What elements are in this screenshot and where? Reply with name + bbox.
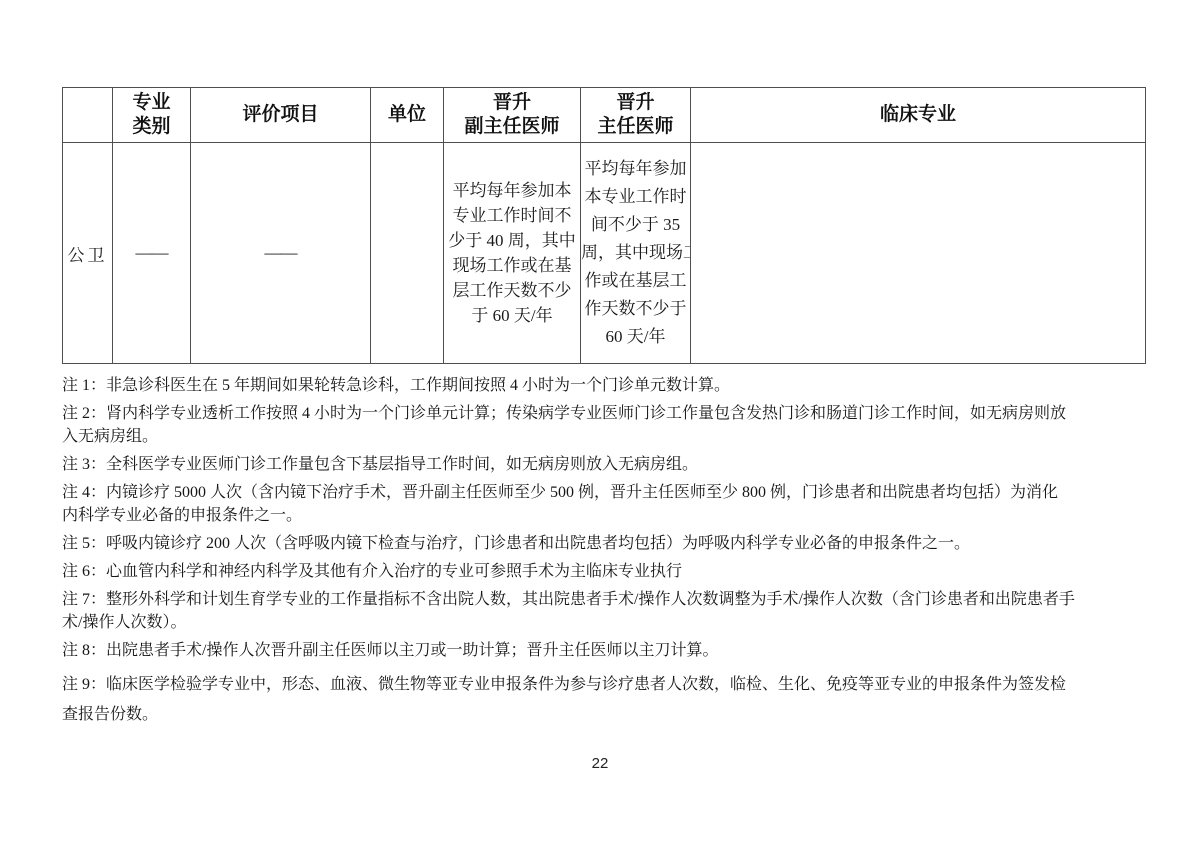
note-8: 注 8：出院患者手术/操作人次晋升副主任医师以主刀或一助计算；晋升主任医师以主刀… [62,639,1145,662]
cell-text-line: 平均每年参加 [581,155,690,183]
footnotes-section: 注 1：非急诊科医生在 5 年期间如果轮转急诊科，工作期间按照 4 小时为一个门… [62,374,1145,735]
note-3: 注 3：全科医学专业医师门诊工作量包含下基层指导工作时间，如无病房则放入无病房组… [62,453,1145,476]
cell-text-line: 平均每年参加本 [444,178,580,203]
note-text-line: 查报告份数。 [62,700,1145,730]
cell-text-line: 周，其中现场工 [581,239,690,267]
promotion-criteria-table: 专业 类别 评价项目 单位 晋升 副主任医师 晋升 主任医师 临床专业 公卫 —… [62,87,1146,364]
note-4: 注 4：内镜诊疗 5000 人次（含内镜下治疗手术，晋升副主任医师至少 500 … [62,481,1145,527]
note-text-line: 注 1：非急诊科医生在 5 年期间如果轮转急诊科，工作期间按照 4 小时为一个门… [62,374,1145,397]
note-text-line: 注 7：整形外科学和计划生育学专业的工作量指标不含出院人数，其出院患者手术/操作… [62,588,1145,611]
cell-text-line: 60 天/年 [581,323,690,351]
cell-text-line: 于 60 天/年 [444,303,580,328]
note-7: 注 7：整形外科学和计划生育学专业的工作量指标不含出院人数，其出院患者手术/操作… [62,588,1145,634]
header-cell-specialty-category: 专业 类别 [113,88,191,143]
header-cell-unit: 单位 [371,88,444,143]
note-text-line: 术/操作人次数）。 [62,611,1145,634]
header-line: 晋升 [444,91,580,115]
cell-unit-empty [371,143,444,364]
header-line: 副主任医师 [444,115,580,139]
cell-text-line: 层工作天数不少 [444,278,580,303]
cell-text-line: 现场工作或在基 [444,253,580,278]
header-cell-blank [63,88,113,143]
header-cell-evaluation-item: 评价项目 [191,88,371,143]
header-cell-promotion-deputy-chief: 晋升 副主任医师 [444,88,581,143]
cell-text-line: 专业工作时间不 [444,203,580,228]
note-6: 注 6：心血管内科学和神经内科学及其他有介入治疗的专业可参照手术为主临床专业执行 [62,560,1145,583]
note-text-line: 注 8：出院患者手术/操作人次晋升副主任医师以主刀或一助计算；晋升主任医师以主刀… [62,639,1145,662]
note-text-line: 入无病房组。 [62,425,1145,448]
document-page: 专业 类别 评价项目 单位 晋升 副主任医师 晋升 主任医师 临床专业 公卫 —… [0,0,1200,848]
note-text-line: 注 2：肾内科学专业透析工作按照 4 小时为一个门诊单元计算；传染病学专业医师门… [62,402,1145,425]
header-line: 晋升 [581,91,690,115]
header-cell-promotion-chief: 晋升 主任医师 [581,88,691,143]
page-number: 22 [0,755,1200,772]
cell-chief-requirement: 平均每年参加 本专业工作时 间不少于 35 周，其中现场工 作或在基层工 作天数… [581,143,691,364]
header-line: 专业 [113,91,190,115]
header-row: 专业 类别 评价项目 单位 晋升 副主任医师 晋升 主任医师 临床专业 [63,88,1146,143]
cell-clinical-empty [691,143,1146,364]
note-text-line: 注 9：临床医学检验学专业中，形态、血液、微生物等亚专业申报条件为参与诊疗患者人… [62,670,1145,700]
note-5: 注 5：呼吸内镜诊疗 200 人次（含呼吸内镜下检查与治疗，门诊患者和出院患者均… [62,532,1145,555]
note-9: 注 9：临床医学检验学专业中，形态、血液、微生物等亚专业申报条件为参与诊疗患者人… [62,670,1145,730]
cell-evaluation-item-dash: —— [191,143,371,364]
note-text-line: 内科学专业必备的申报条件之一。 [62,504,1145,527]
note-2: 注 2：肾内科学专业透析工作按照 4 小时为一个门诊单元计算；传染病学专业医师门… [62,402,1145,448]
cell-text-line: 作或在基层工 [581,267,690,295]
cell-text-line: 间不少于 35 [581,211,690,239]
cell-specialty-category-dash: —— [113,143,191,364]
cell-text-line: 作天数不少于 [581,295,690,323]
cell-text-line: 本专业工作时 [581,183,690,211]
cell-group-public-health: 公卫 [63,143,113,364]
table-row: 公卫 —— —— 平均每年参加本 专业工作时间不 少于 40 周，其中 现场工作… [63,143,1146,364]
note-text-line: 注 3：全科医学专业医师门诊工作量包含下基层指导工作时间，如无病房则放入无病房组… [62,453,1145,476]
cell-text-line: 少于 40 周，其中 [444,228,580,253]
header-cell-clinical-specialty: 临床专业 [691,88,1146,143]
note-text-line: 注 6：心血管内科学和神经内科学及其他有介入治疗的专业可参照手术为主临床专业执行 [62,560,1145,583]
header-line: 主任医师 [581,115,690,139]
cell-deputy-chief-requirement: 平均每年参加本 专业工作时间不 少于 40 周，其中 现场工作或在基 层工作天数… [444,143,581,364]
note-text-line: 注 4：内镜诊疗 5000 人次（含内镜下治疗手术，晋升副主任医师至少 500 … [62,481,1145,504]
note-text-line: 注 5：呼吸内镜诊疗 200 人次（含呼吸内镜下检查与治疗，门诊患者和出院患者均… [62,532,1145,555]
note-1: 注 1：非急诊科医生在 5 年期间如果轮转急诊科，工作期间按照 4 小时为一个门… [62,374,1145,397]
header-line: 类别 [113,115,190,139]
